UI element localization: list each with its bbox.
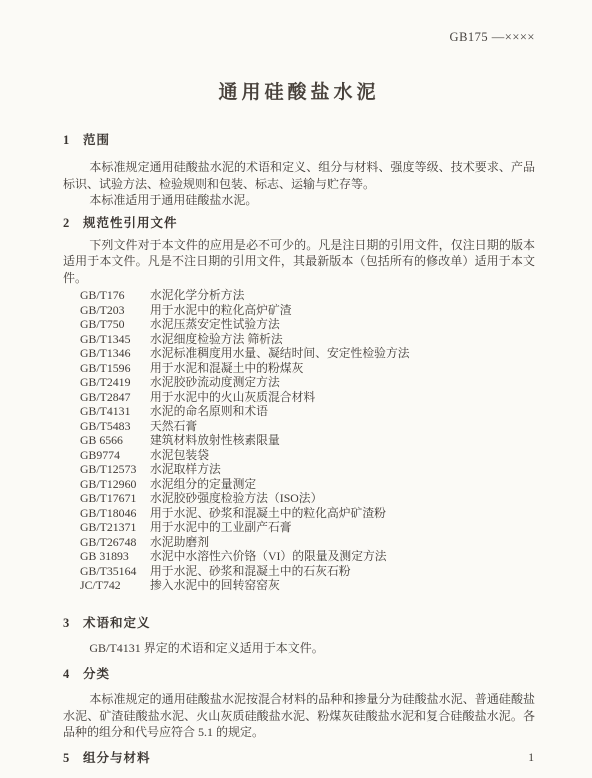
reference-item: GB/T17671水泥胶砂强度检验方法（ISO法）: [63, 491, 535, 506]
reference-code: GB9774: [80, 448, 150, 463]
paragraph: 本标准规定的通用硅酸盐水泥按混合材料的品种和掺量分为硅酸盐水泥、普通硅酸盐水泥、…: [63, 691, 535, 741]
reference-code: GB/T1346: [80, 346, 150, 361]
reference-title: 水泥包装袋: [150, 448, 209, 462]
reference-code: GB/T1596: [80, 361, 150, 376]
reference-title: 水泥胶砂流动度测定方法: [150, 375, 280, 389]
section-components-materials: 5组分与材料: [63, 750, 535, 766]
reference-item: GB/T12960水泥组分的定量测定: [63, 477, 535, 492]
reference-title: 水泥细度检验方法 筛析法: [150, 332, 283, 346]
reference-item: GB/T5483天然石膏: [63, 419, 535, 434]
reference-code: GB/T4131: [80, 404, 150, 419]
section-scope: 1范围 本标准规定通用硅酸盐水泥的术语和定义、组分与材料、强度等级、技术要求、产…: [63, 132, 535, 209]
reference-code: GB/T750: [80, 317, 150, 332]
reference-item: GB/T18046用于水泥、砂浆和混凝土中的粒化高炉矿渣粉: [63, 506, 535, 521]
section-heading: 1范围: [63, 132, 535, 148]
reference-code: GB/T1345: [80, 332, 150, 347]
reference-title: 水泥胶砂强度检验方法（ISO法）: [150, 491, 322, 505]
reference-item: GB/T26748水泥助磨剂: [63, 535, 535, 550]
reference-title: 水泥中水溶性六价铬（VI）的限量及测定方法: [150, 549, 387, 563]
reference-item: GB/T2847用于水泥中的火山灰质混合材料: [63, 390, 535, 405]
section-title: 组分与材料: [83, 751, 151, 765]
reference-code: JC/T742: [80, 578, 150, 593]
reference-code: GB 6566: [80, 433, 150, 448]
section-terms-definitions: 3术语和定义 GB/T4131 界定的术语和定义适用于本文件。: [63, 615, 535, 657]
reference-item: GB/T35164用于水泥、砂浆和混凝土中的石灰石粉: [63, 564, 535, 579]
section-number: 1: [63, 132, 83, 148]
paragraph: 本标准适用于通用硅酸盐水泥。: [63, 192, 535, 209]
reference-title: 用于水泥、砂浆和混凝土中的石灰石粉: [150, 564, 351, 578]
reference-item: GB 6566建筑材料放射性核素限量: [63, 433, 535, 448]
reference-item: JC/T742掺入水泥中的回转窑窑灰: [63, 578, 535, 593]
reference-item: GB9774水泥包装袋: [63, 448, 535, 463]
reference-item: GB/T4131水泥的命名原则和术语: [63, 404, 535, 419]
reference-item: GB/T12573水泥取样方法: [63, 462, 535, 477]
section-classification: 4分类 本标准规定的通用硅酸盐水泥按混合材料的品种和掺量分为硅酸盐水泥、普通硅酸…: [63, 666, 535, 741]
paragraph: GB/T4131 界定的术语和定义适用于本文件。: [63, 640, 535, 657]
reference-code: GB/T2847: [80, 390, 150, 405]
reference-title: 掺入水泥中的回转窑窑灰: [150, 578, 280, 592]
page-content: GB175 —×××× 通用硅酸盐水泥 1范围 本标准规定通用硅酸盐水泥的术语和…: [0, 0, 592, 766]
reference-code: GB/T203: [80, 303, 150, 318]
section-title: 范围: [83, 133, 110, 147]
reference-item: GB/T1596用于水泥和混凝土中的粉煤灰: [63, 361, 535, 376]
reference-title: 水泥化学分析方法: [150, 288, 244, 302]
reference-item: GB/T2419水泥胶砂流动度测定方法: [63, 375, 535, 390]
section-title: 分类: [83, 667, 110, 681]
reference-title: 水泥取样方法: [150, 462, 221, 476]
reference-code: GB 31893: [80, 549, 150, 564]
page-title: 通用硅酸盐水泥: [63, 81, 535, 105]
reference-code: GB/T176: [80, 288, 150, 303]
reference-title: 建筑材料放射性核素限量: [150, 433, 280, 447]
reference-title: 用于水泥中的工业副产石膏: [150, 520, 292, 534]
reference-code: GB/T18046: [80, 506, 150, 521]
section-heading: 2规范性引用文件: [63, 215, 535, 231]
reference-title: 用于水泥中的火山灰质混合材料: [150, 390, 315, 404]
reference-title: 水泥压蒸安定性试验方法: [150, 317, 280, 331]
reference-item: GB/T750水泥压蒸安定性试验方法: [63, 317, 535, 332]
reference-title: 天然石膏: [150, 419, 197, 433]
reference-code: GB/T21371: [80, 520, 150, 535]
reference-item: GB 31893水泥中水溶性六价铬（VI）的限量及测定方法: [63, 549, 535, 564]
section-number: 5: [63, 750, 83, 766]
reference-item: GB/T1346水泥标准稠度用水量、凝结时间、安定性检验方法: [63, 346, 535, 361]
reference-title: 用于水泥、砂浆和混凝土中的粒化高炉矿渣粉: [150, 506, 386, 520]
section-title: 规范性引用文件: [83, 216, 178, 230]
section-number: 2: [63, 215, 83, 231]
paragraph: 下列文件对于本文件的应用是必不可少的。凡是注日期的引用文件，仅注日期的版本适用于…: [63, 237, 535, 287]
reference-title: 水泥助磨剂: [150, 535, 209, 549]
reference-title: 用于水泥中的粒化高炉矿渣: [150, 303, 292, 317]
paragraph: 本标准规定通用硅酸盐水泥的术语和定义、组分与材料、强度等级、技术要求、产品标识、…: [63, 159, 535, 192]
section-heading: 5组分与材料: [63, 750, 535, 766]
reference-code: GB/T12573: [80, 462, 150, 477]
page-number: 1: [528, 752, 534, 764]
reference-code: GB/T5483: [80, 419, 150, 434]
section-normative-references: 2规范性引用文件 下列文件对于本文件的应用是必不可少的。凡是注日期的引用文件，仅…: [63, 215, 535, 593]
section-heading: 3术语和定义: [63, 615, 535, 631]
section-heading: 4分类: [63, 666, 535, 682]
reference-code: GB/T2419: [80, 375, 150, 390]
doc-number: GB175 —××××: [63, 30, 535, 45]
section-number: 3: [63, 615, 83, 631]
reference-title: 水泥的命名原则和术语: [150, 404, 268, 418]
reference-title: 用于水泥和混凝土中的粉煤灰: [150, 361, 303, 375]
reference-code: GB/T26748: [80, 535, 150, 550]
reference-code: GB/T17671: [80, 491, 150, 506]
section-title: 术语和定义: [83, 616, 151, 630]
reference-item: GB/T176水泥化学分析方法: [63, 288, 535, 303]
reference-code: GB/T35164: [80, 564, 150, 579]
reference-item: GB/T1345水泥细度检验方法 筛析法: [63, 332, 535, 347]
reference-item: GB/T203用于水泥中的粒化高炉矿渣: [63, 303, 535, 318]
reference-title: 水泥标准稠度用水量、凝结时间、安定性检验方法: [150, 346, 410, 360]
section-number: 4: [63, 666, 83, 682]
document-page: GB175 —×××× 通用硅酸盐水泥 1范围 本标准规定通用硅酸盐水泥的术语和…: [0, 0, 592, 778]
reference-list: GB/T176水泥化学分析方法GB/T203用于水泥中的粒化高炉矿渣GB/T75…: [63, 288, 535, 593]
reference-code: GB/T12960: [80, 477, 150, 492]
reference-title: 水泥组分的定量测定: [150, 477, 256, 491]
reference-item: GB/T21371用于水泥中的工业副产石膏: [63, 520, 535, 535]
